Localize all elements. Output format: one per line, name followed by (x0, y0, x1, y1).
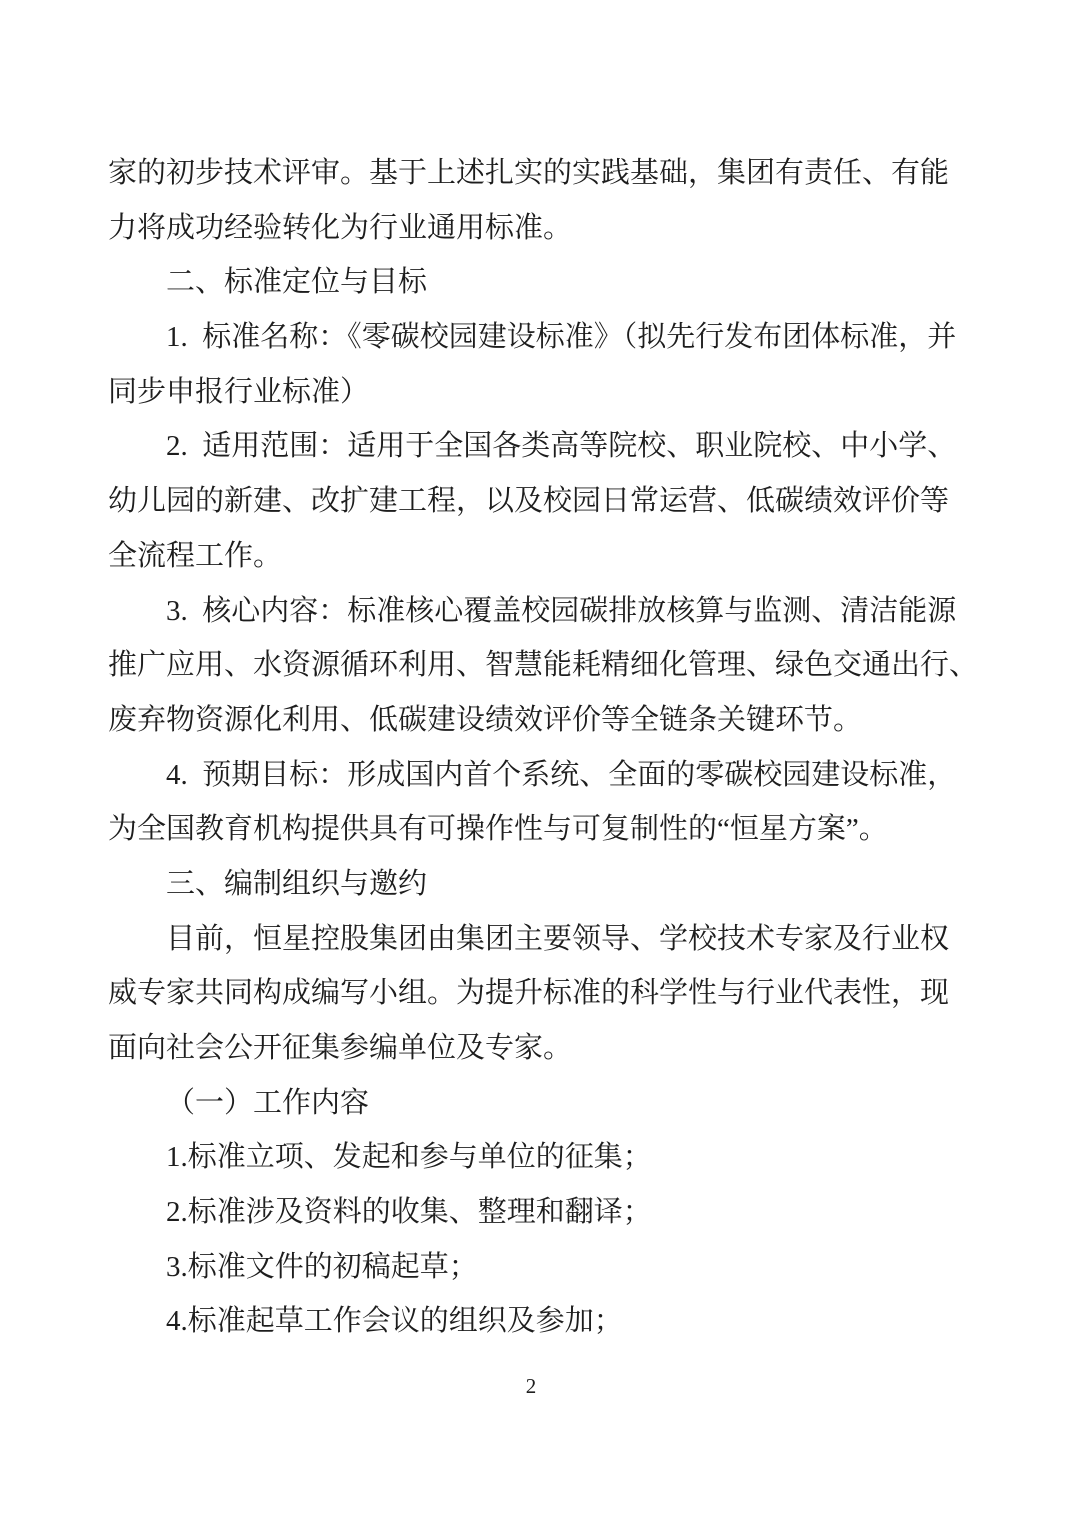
document-line: 威专家共同构成编写小组。为提升标准的科学性与行业代表性，现 (108, 966, 960, 1021)
list-item: 3.标准文件的初稿起草； (108, 1240, 960, 1295)
document-line: 3. 核心内容：标准核心覆盖校园碳排放核算与监测、清洁能源 (108, 584, 960, 639)
document-line: 为全国教育机构提供具有可操作性与可复制性的“恒星方案”。 (108, 802, 960, 857)
page-number: 2 (0, 1372, 1062, 1400)
document-line: 1. 标准名称：《零碳校园建设标准》（拟先行发布团体标准，并 (108, 310, 960, 365)
document-line: 目前，恒星控股集团由集团主要领导、学校技术专家及行业权 (108, 912, 960, 967)
document-line: 4. 预期目标：形成国内首个系统、全面的零碳校园建设标准， (108, 748, 960, 803)
document-line: 家的初步技术评审。基于上述扎实的实践基础，集团有责任、有能 (108, 146, 960, 201)
subsection-heading: （一）工作内容 (108, 1076, 960, 1131)
document-line: 面向社会公开征集参编单位及专家。 (108, 1021, 960, 1076)
document-page: { "document": { "lines": [ { "text": "家的… (0, 0, 1080, 1527)
list-item: 1.标准立项、发起和参与单位的征集； (108, 1130, 960, 1185)
document-line: 同步申报行业标准） (108, 365, 960, 420)
document-line: 2. 适用范围：适用于全国各类高等院校、职业院校、中小学、 (108, 419, 960, 474)
list-item: 2.标准涉及资料的收集、整理和翻译； (108, 1185, 960, 1240)
document-body: 家的初步技术评审。基于上述扎实的实践基础，集团有责任、有能 力将成功经验转化为行… (108, 146, 960, 1349)
document-line: 推广应用、水资源循环利用、智慧能耗精细化管理、绿色交通出行、 (108, 638, 960, 693)
document-line: 力将成功经验转化为行业通用标准。 (108, 201, 960, 256)
list-item: 4.标准起草工作会议的组织及参加； (108, 1294, 960, 1349)
document-line: 废弃物资源化利用、低碳建设绩效评价等全链条关键环节。 (108, 693, 960, 748)
section-heading: 二、标准定位与目标 (108, 255, 960, 310)
document-line: 全流程工作。 (108, 529, 960, 584)
document-line: 幼儿园的新建、改扩建工程，以及校园日常运营、低碳绩效评价等 (108, 474, 960, 529)
section-heading: 三、编制组织与邀约 (108, 857, 960, 912)
